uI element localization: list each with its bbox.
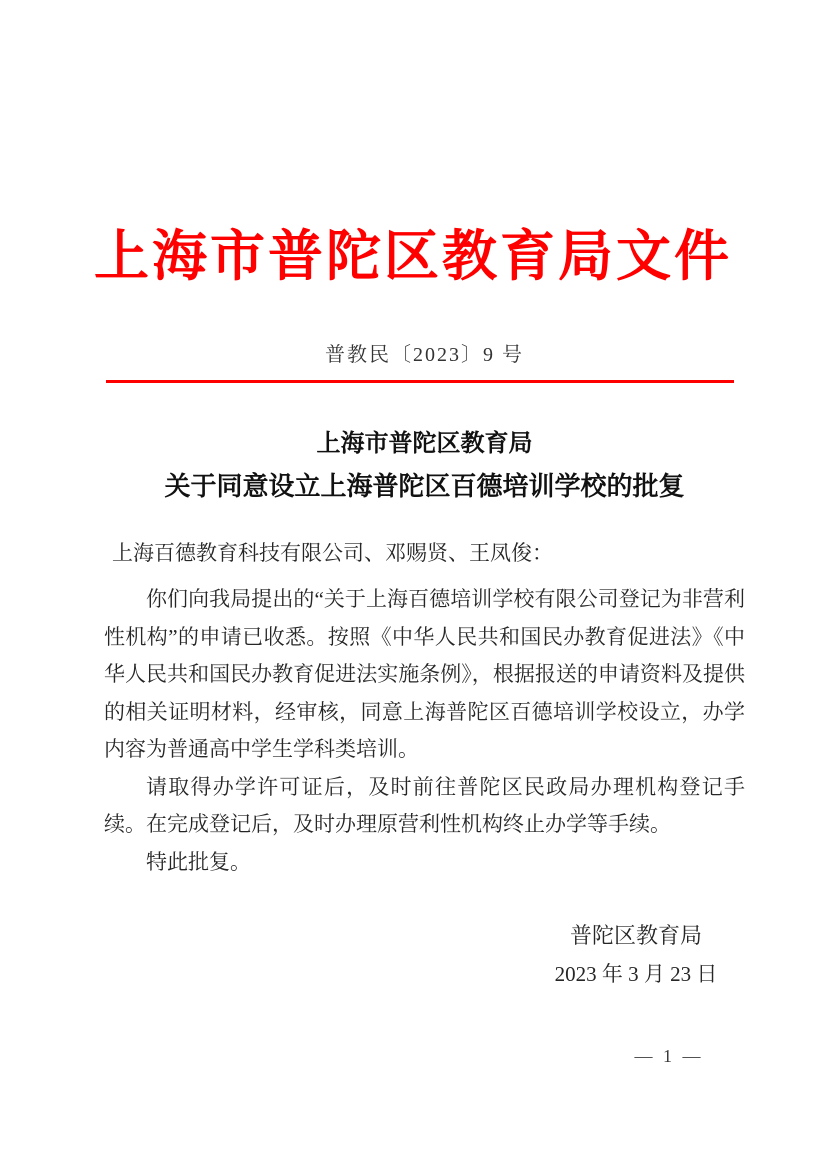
signature-date: 2023 年 3 月 23 日 [536,955,736,993]
document-page: 上海市普陀区教育局文件 普教民〔2023〕9 号 上海市普陀区教育局 关于同意设… [0,0,826,1169]
body-paragraph-3: 特此批复。 [104,844,745,882]
page-number: — 1 — [599,1044,739,1068]
letterhead-masthead-title: 上海市普陀区教育局文件 [92,226,734,288]
red-divider-rule [106,380,734,383]
body-paragraph-2: 请取得办学许可证后，及时前往普陀区民政局办理机构登记手续。在完成登记后，及时办理… [104,769,745,844]
body-paragraph-1: 你们向我局提出的“关于上海百德培训学校有限公司登记为非营利性机构”的申请已收悉。… [104,581,745,769]
doc-title-block: 上海市普陀区教育局 关于同意设立上海普陀区百德培训学校的批复 [104,430,745,502]
doc-reference-number: 普教民〔2023〕9 号 [104,342,745,368]
body-text-block: 你们向我局提出的“关于上海百德培训学校有限公司登记为非营利性机构”的申请已收悉。… [104,581,745,881]
signature-authority: 普陀区教育局 [536,917,736,955]
addressee-line: 上海百德教育科技有限公司、邓赐贤、王凤俊： [112,540,745,567]
doc-title-line2: 关于同意设立上海普陀区百德培训学校的批复 [104,472,745,502]
doc-title-line1: 上海市普陀区教育局 [104,430,745,458]
signature-block: 普陀区教育局 2023 年 3 月 23 日 [536,917,736,993]
